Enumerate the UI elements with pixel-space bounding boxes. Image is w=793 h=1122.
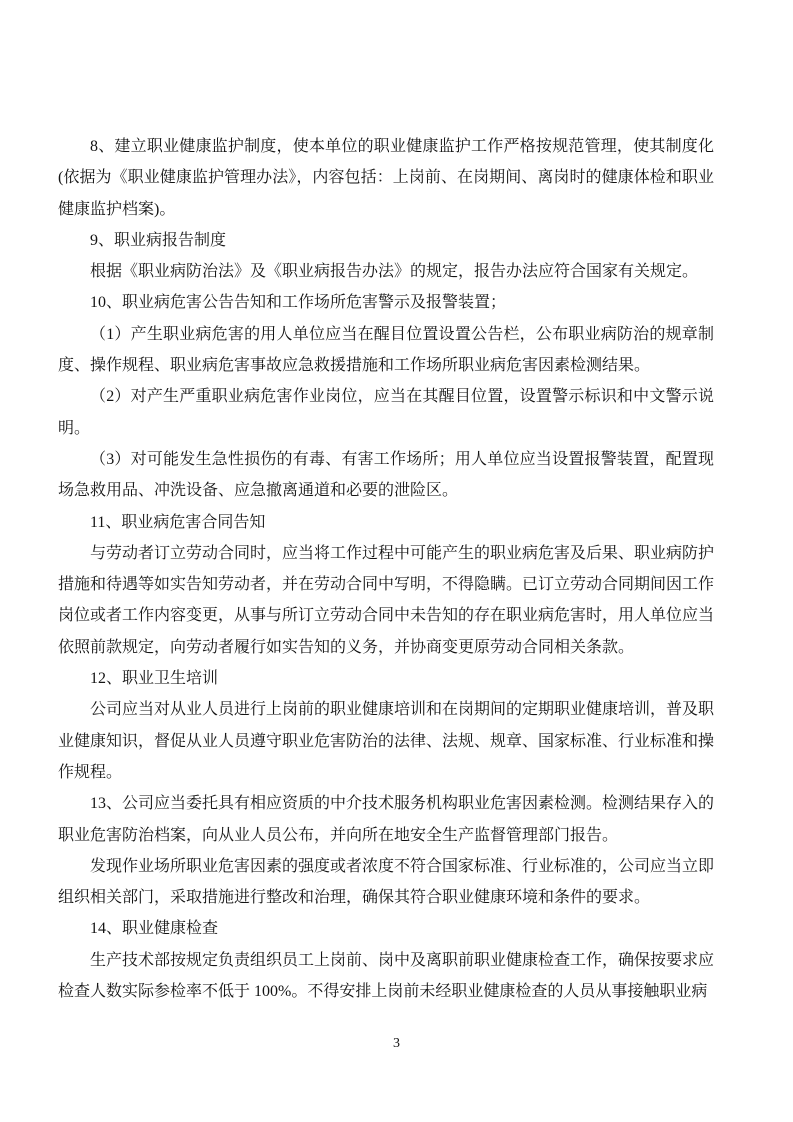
heading-9-occupational-disease-reporting-system: 9、职业病报告制度 (58, 225, 714, 256)
heading-12-occupational-hygiene-training: 12、职业卫生培训 (58, 663, 714, 694)
para-10-item-3-alarm-devices: （3）对可能发生急性损伤的有毒、有害工作场所；用人单位应当设置报警装置，配置现场… (58, 444, 714, 507)
document-body: 8、建立职业健康监护制度，使本单位的职业健康监护工作严格按规范管理，使其制度化(… (58, 131, 714, 1007)
document-page: 8、建立职业健康监护制度，使本单位的职业健康监护工作严格按规范管理，使其制度化(… (0, 0, 793, 1122)
heading-11-hazard-contract-notification: 11、职业病危害合同告知 (58, 507, 714, 538)
para-11-body: 与劳动者订立劳动合同时，应当将工作过程中可能产生的职业病危害及后果、职业病防护措… (58, 538, 714, 663)
para-10-item-2-warning-signs: （2）对产生严重职业病危害作业岗位，应当在其醒目位置，设置警示标识和中文警示说明… (58, 381, 714, 444)
para-12-body: 公司应当对从业人员进行上岗前的职业健康培训和在岗期间的定期职业健康培训，普及职业… (58, 694, 714, 788)
heading-10-hazard-notice-and-warning-devices: 10、职业病危害公告告知和工作场所危害警示及报警装置； (58, 287, 714, 318)
para-8-occupational-health-surveillance-system: 8、建立职业健康监护制度，使本单位的职业健康监护工作严格按规范管理，使其制度化(… (58, 131, 714, 225)
para-10-item-1-bulletin-board: （1）产生职业病危害的用人单位应当在醒目位置设置公告栏，公布职业病防治的规章制度… (58, 319, 714, 382)
para-13-rectification: 发现作业场所职业危害因素的强度或者浓度不符合国家标准、行业标准的，公司应当立即组… (58, 851, 714, 914)
page-number: 3 (0, 1036, 793, 1052)
para-9-body: 根据《职业病防治法》及《职业病报告办法》的规定，报告办法应符合国家有关规定。 (58, 256, 714, 287)
para-14-body: 生产技术部按规定负责组织员工上岗前、岗中及离职前职业健康检查工作，确保按要求应检… (58, 945, 714, 1008)
heading-14-occupational-health-examination: 14、职业健康检查 (58, 913, 714, 944)
para-13-hazard-factor-testing: 13、公司应当委托具有相应资质的中介技术服务机构职业危害因素检测。检测结果存入的… (58, 788, 714, 851)
